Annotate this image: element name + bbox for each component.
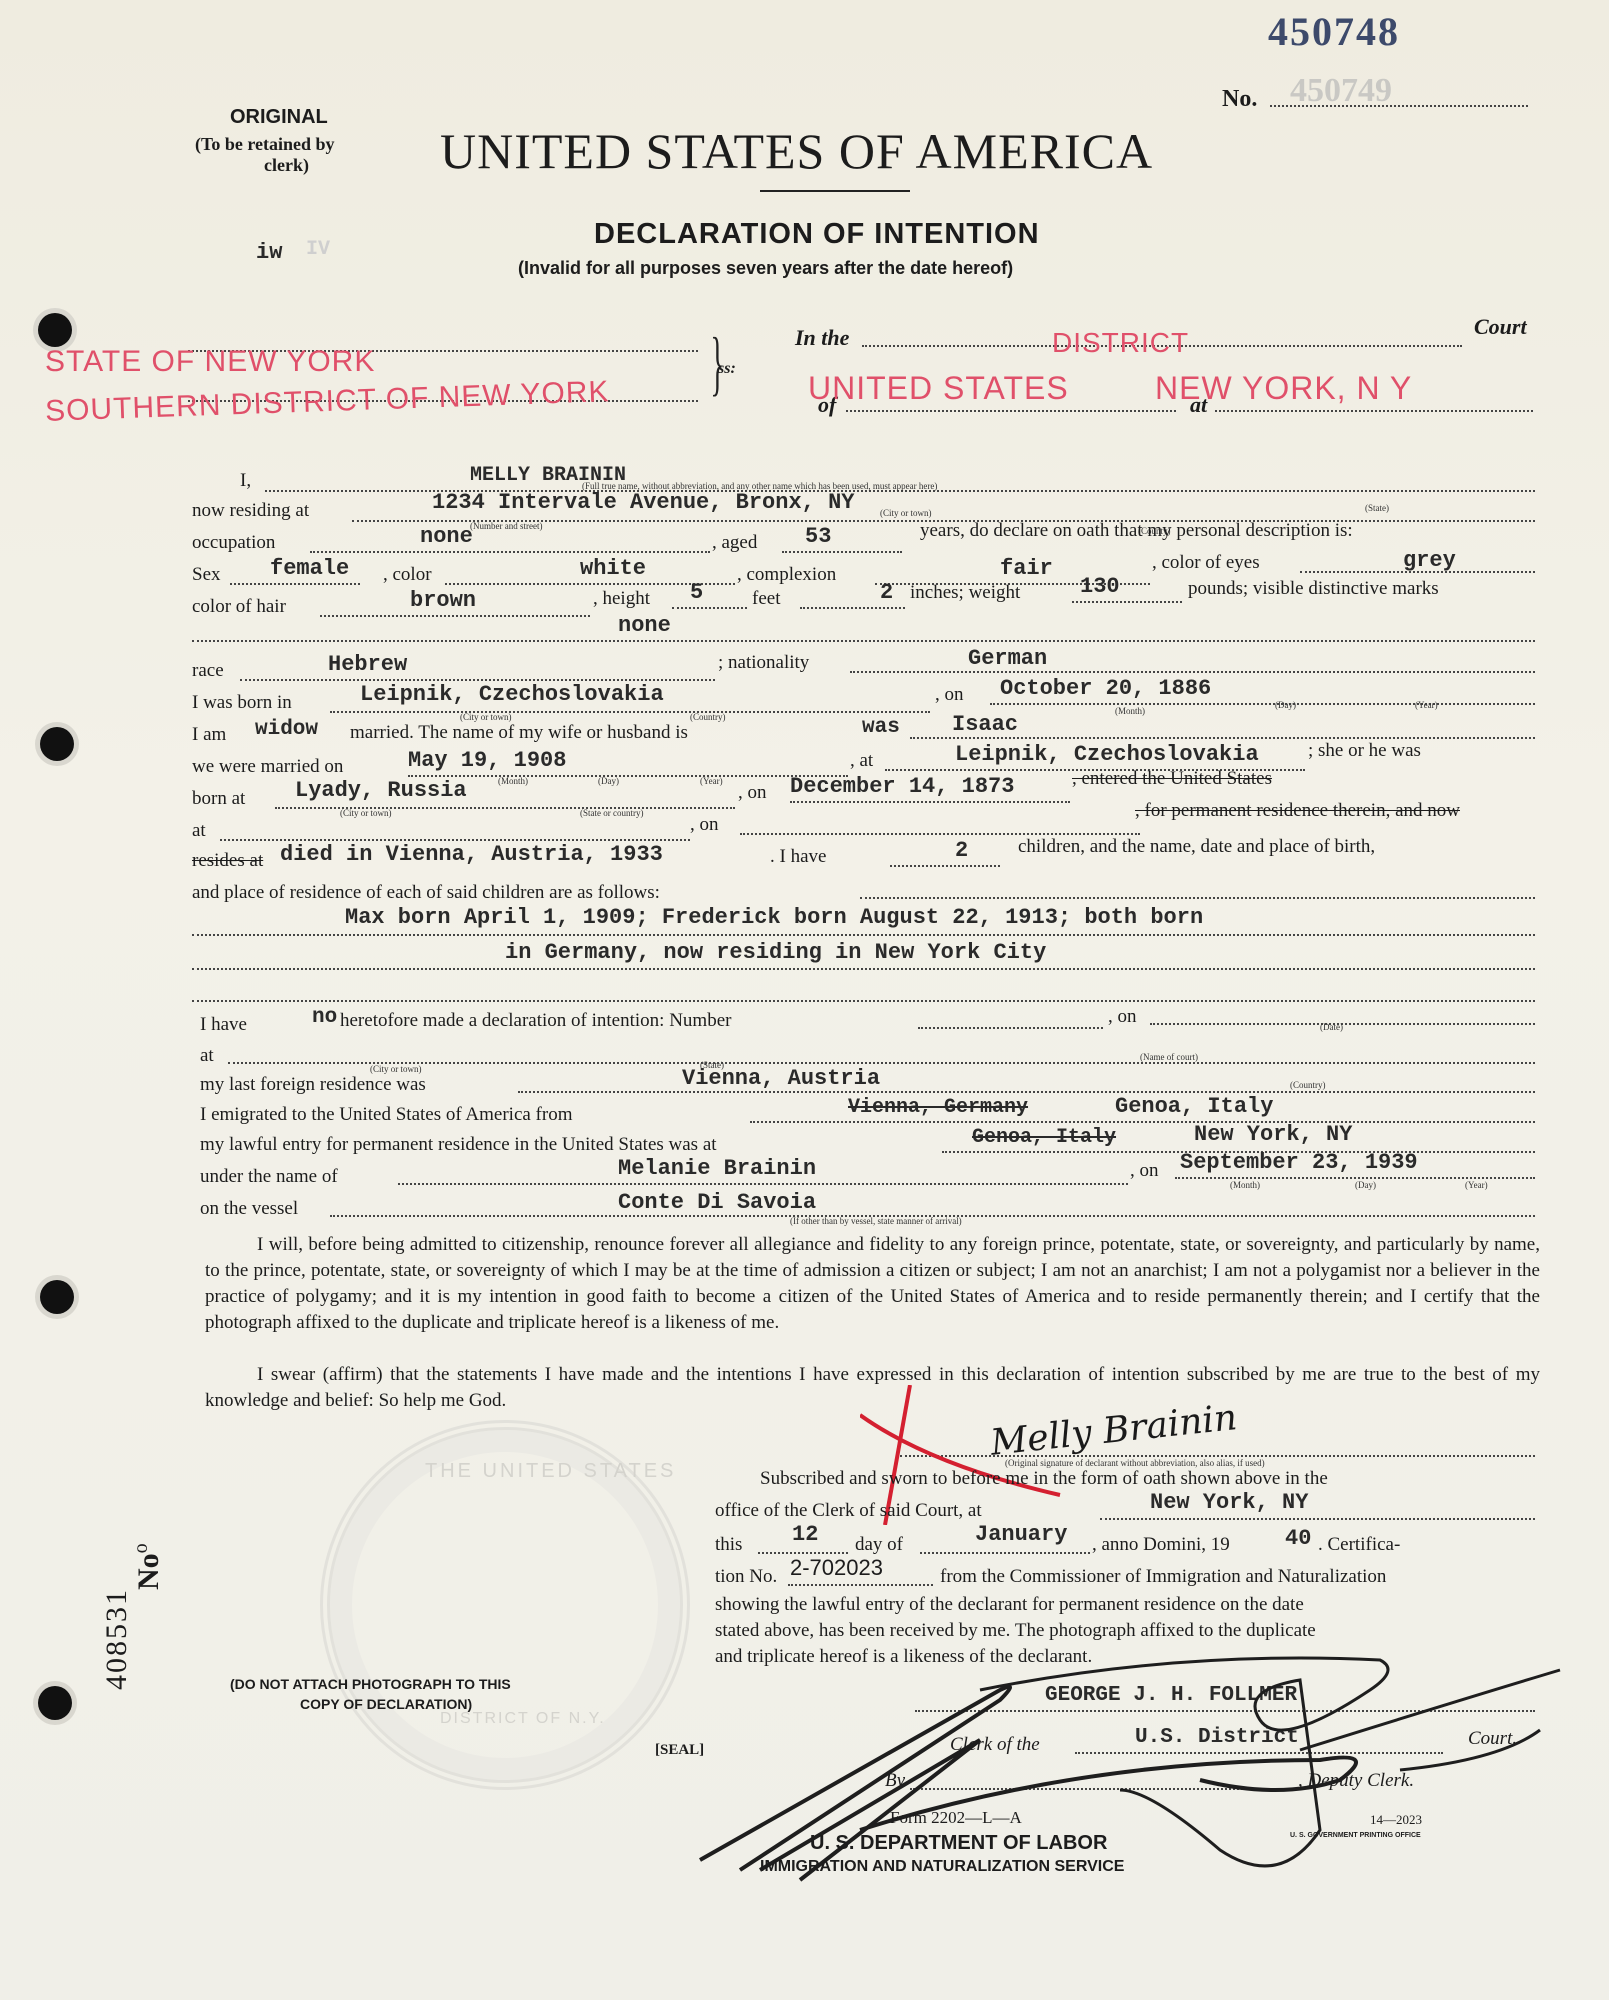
- entry-date-line: [740, 833, 1140, 835]
- married-on-label: we were married on: [192, 756, 343, 778]
- spouse-birthplace[interactable]: Lyady, Russia: [295, 778, 467, 803]
- entry-date-line: [1175, 1177, 1535, 1179]
- hint-city: (City or town): [460, 712, 512, 722]
- inches-line: [800, 607, 905, 609]
- entry-city-line: [220, 839, 690, 841]
- feet-line: [672, 607, 747, 609]
- birthplace-value[interactable]: Leipnik, Czechoslovakia: [360, 682, 664, 707]
- feet-label: feet: [752, 588, 780, 610]
- hint-country: (Country): [1290, 1080, 1326, 1090]
- anno-label: , anno Domini, 19: [1092, 1534, 1230, 1556]
- marriage-place[interactable]: Leipnik, Czechoslovakia: [955, 742, 1259, 767]
- i-am-label: I am: [192, 724, 226, 746]
- seal-text-top: THE UNITED STATES: [425, 1460, 676, 1483]
- aged-label: , aged: [712, 532, 757, 554]
- age-line: [782, 551, 902, 553]
- title-rule: [760, 190, 910, 192]
- height-label: , height: [593, 588, 650, 610]
- married-text: married. The name of my wife or husband …: [350, 722, 688, 744]
- clerk-text-2: showing the lawful entry of the declaran…: [715, 1594, 1304, 1616]
- seal-text-bottom: DISTRICT OF N.Y.: [440, 1710, 606, 1728]
- department-label: U. S. DEPARTMENT OF LABOR: [810, 1832, 1107, 1855]
- entry-label: my lawful entry for permanent residence …: [200, 1134, 717, 1156]
- nationality-label: ; nationality: [718, 652, 809, 674]
- office-place[interactable]: New York, NY: [1150, 1490, 1308, 1515]
- hint-city: (City or town): [340, 808, 392, 818]
- punch-hole: [40, 727, 74, 761]
- prior-number-line: [918, 1027, 1103, 1029]
- children-list-line-0: [860, 897, 1535, 899]
- at-line-label: at: [192, 820, 206, 842]
- hint-state-country: (State or country): [580, 808, 643, 818]
- year-suffix[interactable]: 40: [1285, 1526, 1311, 1551]
- prior-i-have-label: I have: [200, 1014, 247, 1036]
- race-value[interactable]: Hebrew: [328, 652, 407, 677]
- prior-at-label: at: [200, 1045, 214, 1067]
- occupation-label: occupation: [192, 532, 275, 554]
- prior-on-label: , on: [1108, 1006, 1137, 1028]
- of-stamp: UNITED STATES: [808, 370, 1069, 407]
- last-residence-line: [518, 1091, 1535, 1093]
- occupation-line: [310, 551, 710, 553]
- hint-vessel: (If other than by vessel, state manner o…: [790, 1216, 962, 1226]
- sex-value[interactable]: female: [270, 556, 349, 581]
- i-label: I,: [240, 470, 251, 492]
- certifica-label: . Certifica-: [1318, 1534, 1400, 1556]
- born-in-label: I was born in: [192, 692, 292, 714]
- hint-year: (Year): [700, 776, 723, 786]
- in-the-label: In the: [795, 325, 849, 351]
- entry-name[interactable]: Melanie Brainin: [618, 1156, 816, 1181]
- birthplace-line: [330, 711, 930, 713]
- marital-status[interactable]: widow: [255, 718, 318, 741]
- children-line-2[interactable]: in Germany, now residing in New York Cit…: [505, 940, 1046, 965]
- born-at-label: born at: [192, 788, 245, 810]
- she-or-he-label: ; she or he was: [1308, 740, 1421, 762]
- vessel-label: on the vessel: [200, 1198, 298, 1220]
- office-code-faded: IV: [306, 238, 330, 261]
- birth-date-value[interactable]: October 20, 1886: [1000, 676, 1211, 701]
- eyes-label: , color of eyes: [1152, 552, 1260, 574]
- tion-no-label: tion No.: [715, 1566, 777, 1588]
- children-list-line-2: [192, 968, 1535, 970]
- inches-label: inches; weight: [910, 582, 1020, 604]
- entry-date[interactable]: September 23, 1939: [1180, 1150, 1418, 1175]
- month-line: [920, 1552, 1090, 1554]
- hint-country: (Country): [690, 712, 726, 722]
- years-text: years, do declare on oath that my person…: [920, 520, 1353, 542]
- on-label: , on: [738, 782, 767, 804]
- last-residence-label: my last foreign residence was: [200, 1074, 426, 1096]
- form-title: DECLARATION OF INTENTION: [594, 218, 1040, 251]
- pounds-label: pounds; visible distinctive marks: [1188, 578, 1439, 600]
- hint-month: (Month): [1115, 706, 1145, 716]
- entered-text: , entered the United States: [1072, 768, 1272, 790]
- serial-number: 408531: [100, 1588, 134, 1690]
- number-label: No.: [1222, 86, 1257, 113]
- service-label: IMMIGRATION AND NATURALIZATION SERVICE: [760, 1858, 1124, 1876]
- marriage-date-line: [408, 775, 848, 777]
- sex-label: Sex: [192, 564, 221, 586]
- hint-month: (Month): [1230, 1180, 1260, 1190]
- oath-paragraph-1: I will, before being admitted to citizen…: [205, 1232, 1540, 1336]
- height-inches[interactable]: 2: [880, 580, 893, 605]
- marks-line: [192, 640, 1535, 642]
- district-stamp: SOUTHERN DISTRICT OF NEW YORK: [45, 375, 610, 429]
- entry-struck: Genoa, Italy: [972, 1126, 1116, 1149]
- children-list-line-1: [192, 934, 1535, 936]
- court-type-stamp: DISTRICT: [1052, 327, 1189, 359]
- marks-value[interactable]: none: [618, 613, 671, 638]
- nationality-value[interactable]: German: [968, 646, 1047, 671]
- spouse-birth-date[interactable]: December 14, 1873: [790, 774, 1014, 799]
- from-text: from the Commissioner of Immigration and…: [940, 1566, 1386, 1588]
- spouse-birthdate-line: [790, 801, 1070, 803]
- day-value[interactable]: 12: [792, 1522, 818, 1547]
- spouse-name[interactable]: Isaac: [952, 712, 1018, 737]
- court-label: Court: [1474, 314, 1527, 340]
- original-note-1: (To be retained by: [195, 134, 335, 155]
- hint-day: (Day): [1355, 1180, 1376, 1190]
- emigrated-label: I emigrated to the United States of Amer…: [200, 1104, 573, 1126]
- hint-street: (Number and street): [470, 521, 542, 531]
- nationality-line: [850, 671, 1535, 673]
- address-value[interactable]: 1234 Intervale Avenue, Bronx, NY: [432, 490, 854, 515]
- office-line: [1100, 1518, 1535, 1520]
- serial-number-block: Noo: [130, 1476, 166, 1590]
- at-line: [1215, 410, 1533, 412]
- hair-line: [320, 615, 590, 617]
- entry-place[interactable]: New York, NY: [1194, 1122, 1352, 1147]
- on-label: , on: [935, 684, 964, 706]
- hair-value[interactable]: brown: [410, 588, 476, 613]
- hint-year: (Year): [1465, 1180, 1488, 1190]
- hint-state: (State): [1365, 503, 1389, 513]
- prior-court-line: [228, 1062, 1535, 1064]
- form-number: Form 2202—L—A: [890, 1808, 1022, 1828]
- hint-day: (Day): [598, 776, 619, 786]
- emigrated-line: [750, 1121, 1535, 1123]
- at-stamp: NEW YORK, N Y: [1155, 370, 1412, 407]
- page-title: UNITED STATES OF AMERICA: [440, 122, 1153, 180]
- hint-month: (Month): [498, 776, 528, 786]
- hair-label: color of hair: [192, 596, 286, 618]
- complexion-value[interactable]: fair: [1000, 556, 1053, 581]
- marriage-date[interactable]: May 19, 1908: [408, 748, 566, 773]
- complexion-label: , complexion: [737, 564, 836, 586]
- spouse-line: [910, 737, 1535, 739]
- entry-name-label: under the name of: [200, 1166, 338, 1188]
- hint-city: (City or town): [880, 508, 932, 518]
- day-line: [758, 1552, 848, 1554]
- eyes-value[interactable]: grey: [1403, 548, 1456, 573]
- color-value[interactable]: white: [580, 556, 646, 581]
- birthdate-line: [990, 703, 1535, 705]
- subscribed-text: Subscribed and sworn to before me in the…: [760, 1468, 1328, 1490]
- entry-on-label: , on: [1130, 1160, 1159, 1182]
- office-code: iw: [256, 240, 282, 265]
- hint-date: (Date): [1320, 1022, 1343, 1032]
- permanent-text: , for permanent residence therein, and n…: [1135, 800, 1460, 822]
- hint-year: (Year): [1415, 700, 1438, 710]
- children-residence-text: and place of residence of each of said c…: [192, 882, 660, 904]
- prior-value[interactable]: no: [312, 1006, 337, 1029]
- at-label: , at: [850, 750, 873, 772]
- cert-line: [788, 1584, 933, 1586]
- weight-line: [1072, 601, 1182, 603]
- punch-hole: [38, 313, 72, 347]
- original-note-2: clerk): [264, 155, 309, 176]
- office-label: office of the Clerk of said Court, at: [715, 1500, 982, 1522]
- sex-line: [230, 583, 360, 585]
- cert-number[interactable]: 2-702023: [790, 1555, 883, 1581]
- hint-state: (State): [700, 1060, 724, 1070]
- serial-prefix: No: [132, 1553, 165, 1590]
- embossed-seal: THE UNITED STATES DISTRICT OF N.Y.: [320, 1420, 690, 1790]
- have-label: . I have: [770, 846, 826, 868]
- resides-label: resides at: [192, 850, 263, 872]
- punch-hole: [40, 1280, 74, 1314]
- form-subtitle: (Invalid for all purposes seven years af…: [518, 258, 1013, 279]
- original-label: ORIGINAL: [230, 106, 328, 129]
- emigrated-struck: Vienna, Germany: [848, 1096, 1028, 1119]
- occupation-value[interactable]: none: [420, 524, 473, 549]
- stamp-number: 450748: [1268, 8, 1400, 55]
- day-of-label: day of: [855, 1534, 903, 1556]
- color-label: , color: [383, 564, 432, 586]
- printer-label: U. S. GOVERNMENT PRINTING OFFICE: [1290, 1832, 1421, 1839]
- hint-day: (Day): [1275, 700, 1296, 710]
- hint-court: (Name of court): [1140, 1052, 1198, 1062]
- vessel-value[interactable]: Conte Di Savoia: [618, 1190, 816, 1215]
- weight-value[interactable]: 130: [1080, 574, 1120, 599]
- month-value[interactable]: January: [975, 1522, 1067, 1547]
- print-code: 14—2023: [1370, 1812, 1422, 1828]
- state-stamp: STATE OF NEW YORK: [45, 345, 375, 379]
- heretofore-text: heretofore made a declaration of intenti…: [340, 1010, 731, 1032]
- on-line-label: , on: [690, 814, 719, 836]
- entry-name-line: [398, 1183, 1128, 1185]
- document-page: 450748 450749 No. ORIGINAL (To be retain…: [0, 0, 1609, 2000]
- punch-hole: [38, 1686, 72, 1720]
- number-line: [1270, 105, 1528, 107]
- children-count[interactable]: 2: [955, 838, 968, 863]
- photo-note-2: COPY OF DECLARATION): [300, 1696, 472, 1712]
- children-count-line: [890, 865, 1000, 867]
- spouse-prefix: was: [862, 716, 900, 739]
- spouse-residence[interactable]: died in Vienna, Austria, 1933: [280, 842, 663, 867]
- children-line-1[interactable]: Max born April 1, 1909; Frederick born A…: [345, 905, 1203, 930]
- children-text: children, and the name, date and place o…: [1018, 836, 1375, 858]
- height-feet[interactable]: 5: [690, 580, 703, 605]
- this-label: this: [715, 1534, 742, 1556]
- race-label: race: [192, 660, 224, 682]
- ss-label: ss:: [718, 360, 736, 378]
- age-value[interactable]: 53: [805, 524, 831, 549]
- photo-note-1: (DO NOT ATTACH PHOTOGRAPH TO THIS: [230, 1676, 511, 1692]
- children-list-line-3: [192, 1000, 1535, 1002]
- race-line: [240, 679, 715, 681]
- emigrated-from[interactable]: Genoa, Italy: [1115, 1094, 1273, 1119]
- of-line: [846, 410, 1176, 412]
- hint-city: (City or town): [370, 1064, 422, 1074]
- residing-label: now residing at: [192, 500, 309, 522]
